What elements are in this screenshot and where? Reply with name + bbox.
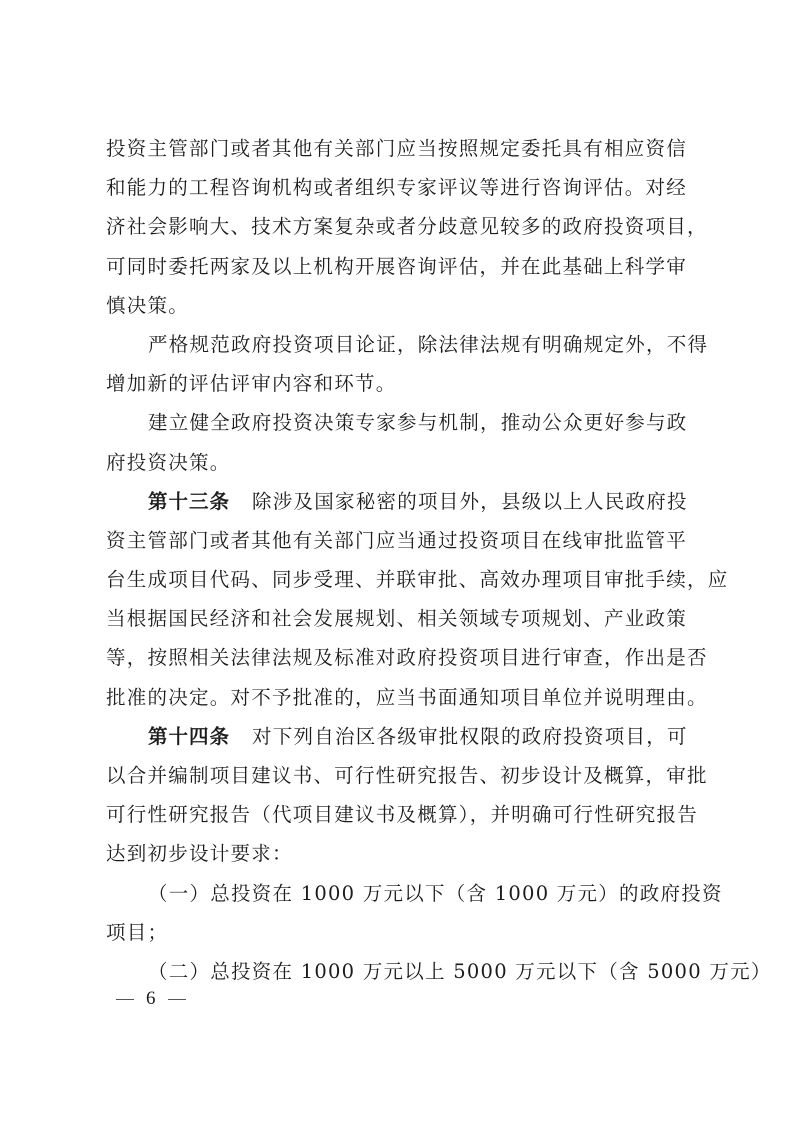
text-line: 投资主管部门或者其他有关部门应当按照规定委托具有相应资信	[106, 129, 690, 168]
text-line: 批准的决定。对不予批准的，应当书面通知项目单位并说明理由。	[106, 678, 690, 717]
list-item-2-line: （二）总投资在 1000 万元以上 5000 万元以下（含 5000 万元）	[106, 952, 690, 991]
page-number-value: 6	[138, 988, 164, 1010]
paragraph-start-line: 建立健全政府投资决策专家参与机制，推动公众更好参与政	[106, 403, 690, 442]
text-line: 当根据国民经济和社会发展规划、相关领域专项规划、产业政策	[106, 599, 690, 638]
text-line: 和能力的工程咨询机构或者组织专家评议等进行咨询评估。对经	[106, 168, 690, 207]
document-body: 投资主管部门或者其他有关部门应当按照规定委托具有相应资信 和能力的工程咨询机构或…	[106, 129, 690, 991]
text-line: 可行性研究报告（代项目建议书及概算），并明确可行性研究报告	[106, 795, 690, 834]
text-line: 府投资决策。	[106, 443, 690, 482]
text-line: 以合并编制项目建议书、可行性研究报告、初步设计及概算，审批	[106, 756, 690, 795]
article-13-text: 除涉及国家秘密的项目外，县级以上人民政府投	[252, 490, 688, 513]
text-line: 增加新的评估评审内容和环节。	[106, 364, 690, 403]
page-number: 6	[112, 988, 190, 1010]
article-13-heading: 第十三条	[148, 490, 230, 513]
article-14-heading: 第十四条	[148, 725, 230, 748]
paragraph-start-line: 严格规范政府投资项目论证，除法律法规有明确规定外，不得	[106, 325, 690, 364]
text-line: 济社会影响大、技术方案复杂或者分歧意见较多的政府投资项目，	[106, 207, 690, 246]
text-line: 达到初步设计要求：	[106, 834, 690, 873]
article-14-text: 对下列自治区各级审批权限的政府投资项目，可	[252, 725, 688, 748]
dash-left	[116, 999, 134, 1000]
text-line: 可同时委托两家及以上机构开展咨询评估，并在此基础上科学审	[106, 247, 690, 286]
list-item-1-line: （一）总投资在 1000 万元以下（含 1000 万元）的政府投资	[106, 874, 690, 913]
article-13-first-line: 第十三条除涉及国家秘密的项目外，县级以上人民政府投	[106, 482, 690, 521]
text-line: 项目；	[106, 913, 690, 952]
text-line: 慎决策。	[106, 286, 690, 325]
text-line: 等，按照相关法律法规及标准对政府投资项目进行审查，作出是否	[106, 638, 690, 677]
article-14-first-line: 第十四条对下列自治区各级审批权限的政府投资项目，可	[106, 717, 690, 756]
text-line: 台生成项目代码、同步受理、并联审批、高效办理项目审批手续，应	[106, 560, 690, 599]
dash-right	[168, 999, 186, 1000]
text-line: 资主管部门或者其他有关部门应当通过投资项目在线审批监管平	[106, 521, 690, 560]
